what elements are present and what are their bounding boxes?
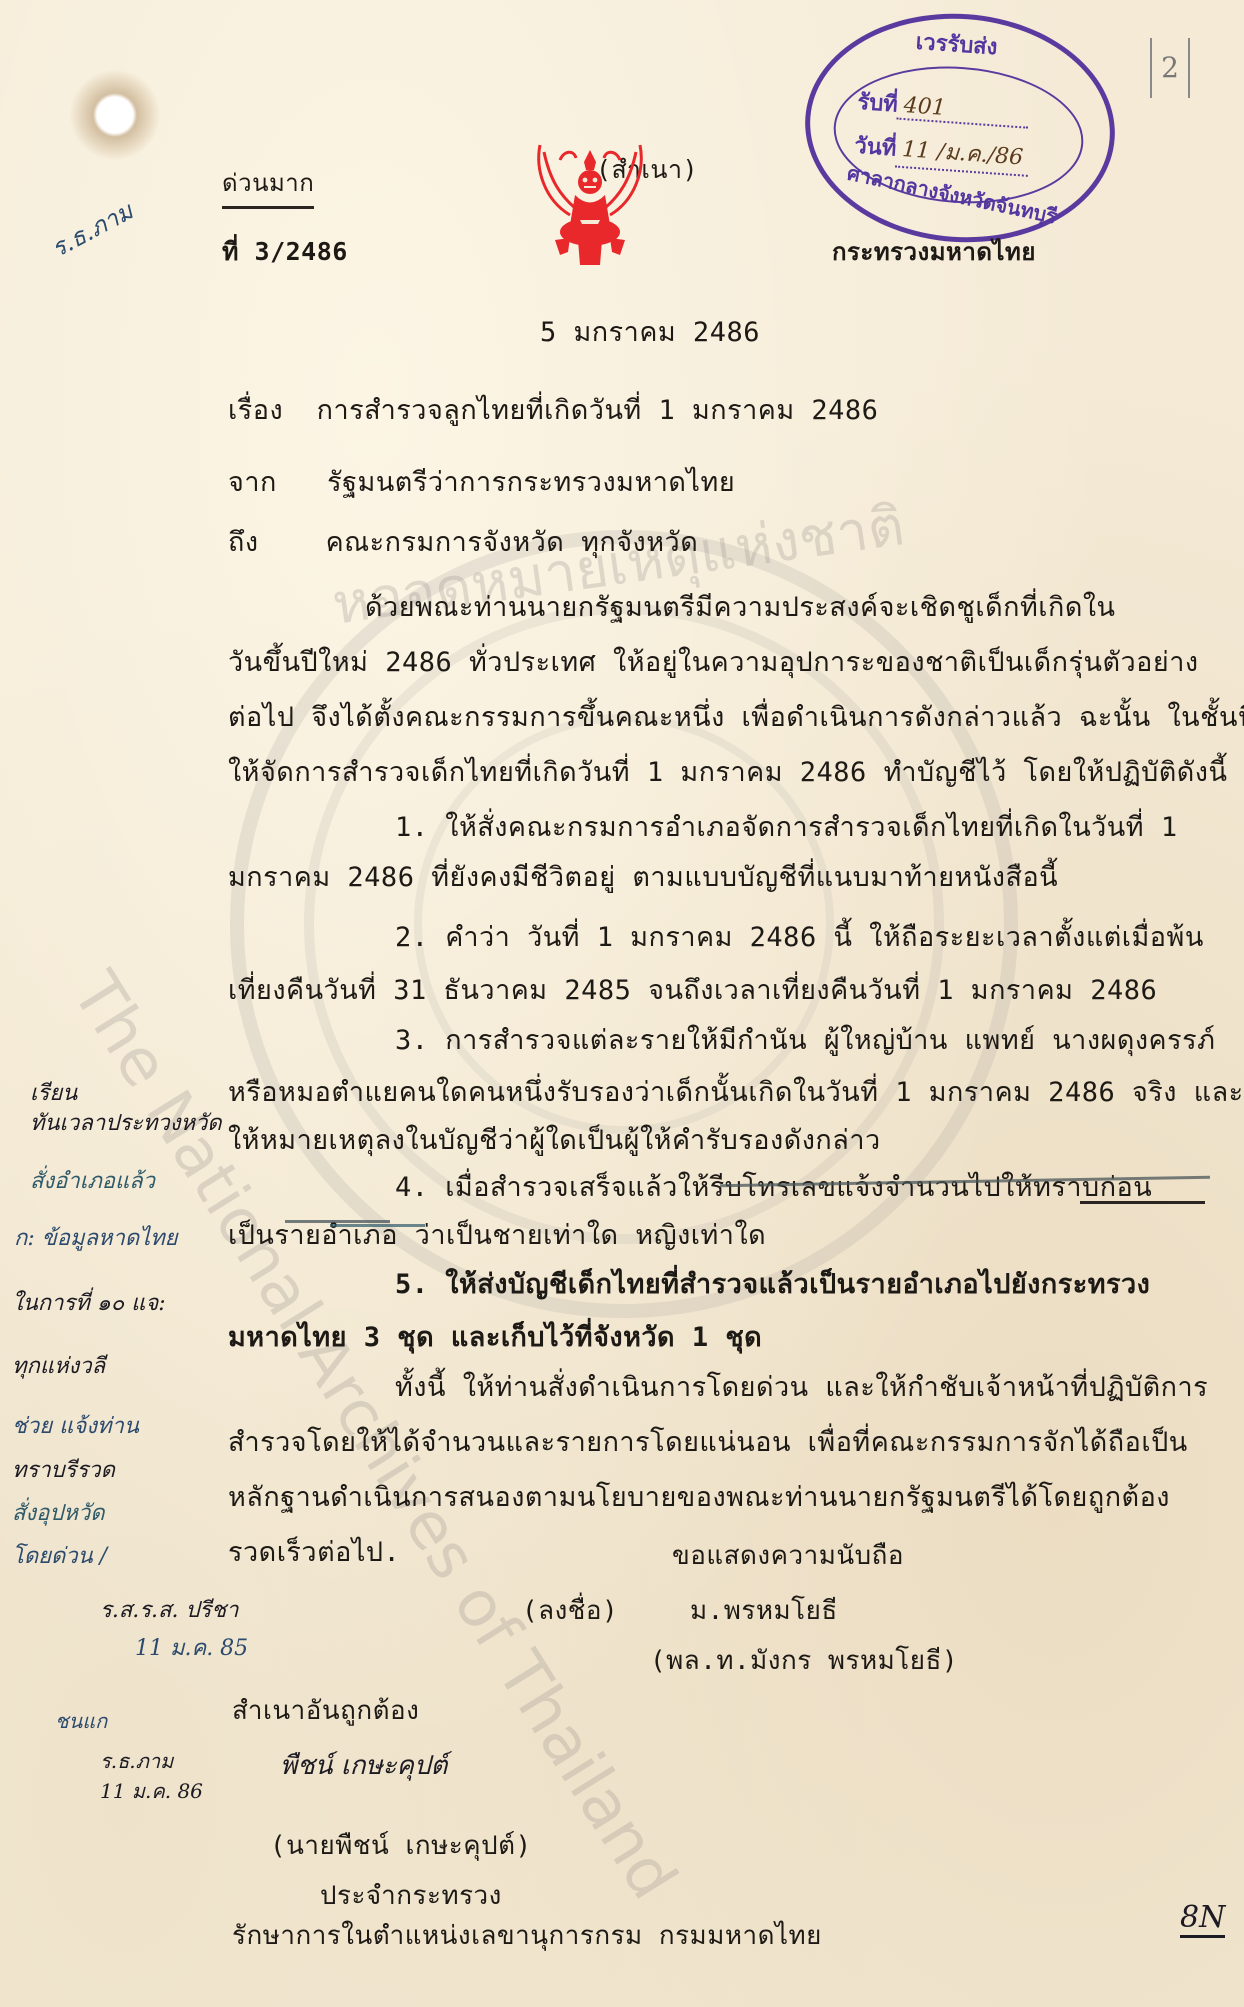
intro-line-4: ให้จัดการสำรวจเด็กไทยที่เกิดวันที่ 1 มกร… <box>228 750 1227 793</box>
page-number-box: 2 <box>1150 38 1190 98</box>
intro-line-3: ต่อไป จึงได้ตั้งคณะกรรมการขึ้นคณะหนึ่ง เ… <box>228 695 1244 738</box>
to-label: ถึง <box>228 527 259 558</box>
item-2-line-2: เที่ยงคืนวันที่ 31 ธันวาคม 2485 จนถึงเวล… <box>228 968 1157 1011</box>
from-text: รัฐมนตรีว่าการกระทรวงมหาดไทย <box>327 467 735 498</box>
margin-note-line: ในการที่ ๑๐ แจ: <box>12 1285 166 1320</box>
margin-note-line: ช่วย แจ้งท่าน <box>12 1408 139 1443</box>
margin-note-line: สั่งอำเภอแล้ว <box>30 1163 155 1198</box>
pen-underline <box>285 1220 390 1223</box>
to-line: ถึง คณะกรมการจังหวัด ทุกจังหวัด <box>228 520 698 563</box>
certifier-name: (นายพืชน์ เกษะคุปต์) <box>270 1825 532 1866</box>
regards-text: ขอแสดงความนับถือ <box>672 1535 904 1576</box>
stamp-received-label: รับที่ <box>857 90 899 118</box>
item-2-line-1: 2. คำว่า วันที่ 1 มกราคม 2486 นี้ ให้ถือ… <box>395 915 1204 958</box>
item-3-line-2: หรือหมอตำแยคนใดคนหนึ่งรับรองว่าเด็กนั้นเ… <box>228 1070 1244 1113</box>
stamp-date-label: วันที่ <box>854 134 898 162</box>
margin-date-2: 11 ม.ค. 86 <box>100 1775 203 1807</box>
margin-note-line: ก: ข้อมูลหาดไทย <box>14 1220 178 1255</box>
closing-line-4: รวดเร็วต่อไป. <box>228 1530 400 1573</box>
footer-initials: 8N <box>1180 1900 1225 1938</box>
closing-line-2: สำรวจโดยให้ได้จำนวนและรายการโดยแน่นอน เพ… <box>228 1420 1188 1463</box>
item-1-line-2: มกราคม 2486 ที่ยังคงมีชีวิตอยู่ ตามแบบบั… <box>228 855 1058 898</box>
margin-name-2: ร.ธ.ภาม <box>100 1745 173 1777</box>
margin-date-1: 11 ม.ค. 85 <box>135 1630 248 1665</box>
margin-signature-1: ร.ส.ร.ส. ปรีชา <box>100 1592 239 1627</box>
handwritten-signature: พืชน์ เกษะคุปต์ <box>280 1745 447 1786</box>
pen-underline <box>330 1224 425 1227</box>
subject-label: เรื่อง <box>228 395 283 426</box>
item-5-line-1: 5. ให้ส่งบัญชีเด็กไทยที่สำรวจแล้วเป็นราย… <box>395 1262 1150 1305</box>
urgency-label: ด่วนมาก <box>222 163 314 209</box>
certifier-role-2: รักษาการในตำแหน่งเลขานุการกรม กรมมหาดไทย <box>232 1915 822 1956</box>
item-1-line-1: 1. ให้สั่งคณะกรมการอำเภอจัดการสำรวจเด็กไ… <box>395 805 1178 848</box>
margin-note-line: ทุกแห่งวลี <box>12 1348 105 1383</box>
margin-note-line: ทันเวลาประทวงหวัด <box>30 1105 222 1140</box>
margin-note-line: ทราบรีรวด <box>12 1452 115 1487</box>
signer-full-name: (พล.ท.มังกร พรหมโยธี) <box>650 1640 958 1681</box>
stamp-title: เวรรับส่ง <box>915 24 999 65</box>
reference-number: ที่ 3/2486 <box>222 232 348 272</box>
subject-text: การสำรวจลูกไทยที่เกิดวันที่ 1 มกราคม 248… <box>317 395 879 426</box>
paper-hole-damage <box>70 70 160 160</box>
certified-copy-text: สำเนาอันถูกต้อง <box>232 1690 419 1731</box>
typed-underline <box>1080 1201 1205 1204</box>
margin-note-top: ร.ธ.ภาม <box>44 192 140 268</box>
garuda-emblem-icon <box>530 140 650 270</box>
to-text: คณะกรมการจังหวัด ทุกจังหวัด <box>326 527 699 558</box>
ministry-name: กระทรวงมหาดไทย <box>832 232 1036 271</box>
item-3-line-1: 3. การสำรวจแต่ละรายให้มีกำนัน ผู้ใหญ่บ้า… <box>395 1018 1215 1061</box>
from-line: จาก รัฐมนตรีว่าการกระทรวงมหาดไทย <box>228 460 735 503</box>
signed-name: ม.พรหมโยธี <box>690 1590 838 1631</box>
intro-line-1: ด้วยพณะท่านนายกรัฐมนตรีมีความประสงค์จะเช… <box>365 585 1116 628</box>
closing-line-1: ทั้งนี้ ให้ท่านสั่งดำเนินการโดยด่วน และใ… <box>395 1365 1208 1408</box>
certifier-role-1: ประจำกระทรวง <box>320 1875 502 1916</box>
item-3-line-3: ให้หมายเหตุลงในบัญชีว่าผู้ใดเป็นผู้ให้คำ… <box>228 1118 881 1161</box>
intro-line-2: วันขึ้นปีใหม่ 2486 ทั่วประเทศ ให้อยู่ในค… <box>228 640 1199 683</box>
document-date: 5 มกราคม 2486 <box>540 310 760 353</box>
closing-line-3: หลักฐานดำเนินการสนองตามนโยบายของพณะท่านน… <box>228 1475 1170 1518</box>
item-4-line-1: 4. เมื่อสำรวจเสร็จแล้วให้รีบโทรเลขแจ้งจำ… <box>395 1165 1152 1208</box>
item-5-line-2: มหาดไทย 3 ชุด และเก็บไว้ที่จังหวัด 1 ชุด <box>228 1315 762 1358</box>
margin-note-line: สั่งอุปหวัด <box>12 1495 105 1530</box>
margin-signature-2: ชนแก <box>55 1705 107 1737</box>
subject-line: เรื่อง การสำรวจลูกไทยที่เกิดวันที่ 1 มกร… <box>228 388 878 431</box>
margin-note-line: โดยด่วน / <box>12 1538 107 1573</box>
from-label: จาก <box>228 467 277 498</box>
signed-label: (ลงชื่อ) <box>522 1590 618 1631</box>
received-stamp: เวรรับส่ง รับที่401 วันที่11 /ม.ค./86 ศา… <box>797 3 1122 252</box>
